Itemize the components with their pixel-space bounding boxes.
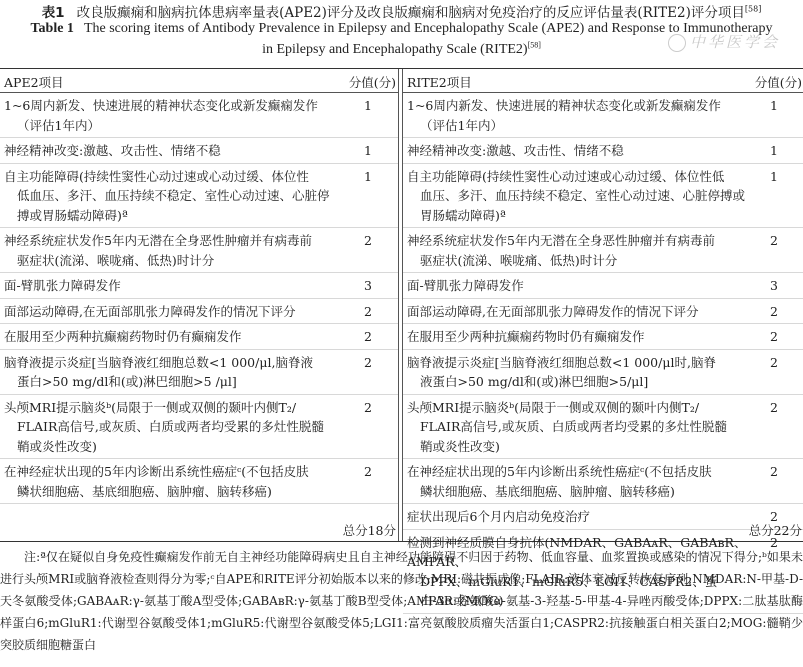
rite2-table-row: 症状出现后6个月内启动免疫治疗2 (403, 504, 803, 530)
rite2-table-row: 头颅MRI提示脑炎ᵇ(局限于一侧或双侧的颞叶内侧T₂/FLAIR高信号,或灰质、… (403, 395, 803, 460)
row-score: 2 (360, 231, 376, 251)
row-item-line1: 面-臂肌张力障碍发作 (407, 276, 747, 296)
row-item-text: 头颅MRI提示脑炎ᵇ(局限于一侧或双侧的颞叶内侧T₂/FLAIR高信号,或灰质、… (403, 398, 747, 457)
row-score: 1 (766, 96, 782, 116)
row-item-line1: 在服用至少两种抗癫痫药物时仍有癫痫发作 (407, 327, 747, 347)
row-item-text: 在服用至少两种抗癫痫药物时仍有癫痫发作 (403, 327, 747, 347)
row-item-text: 症状出现后6个月内启动免疫治疗 (403, 507, 747, 527)
row-item-line1: 神经精神改变:激越、攻击性、情绪不稳 (407, 141, 747, 161)
row-item-line1: 1~6周内新发、快速进展的精神状态变化或新发癫痫发作 (4, 96, 344, 116)
row-item-line2: （评估1年内） (4, 116, 344, 136)
row-score: 1 (360, 96, 376, 116)
row-item-text: 脑脊液提示炎症[当脑脊液红细胞总数<1 000/μl时,脑脊液蛋白>50 mg/… (403, 353, 747, 392)
rite2-table-row: 面-臂肌张力障碍发作3 (403, 273, 803, 299)
row-score: 2 (766, 302, 782, 322)
footnote-text: 注:ª仅在疑似自身免疫性癫痫发作前无自主神经功能障碍病史且自主神经功能障碍不归因… (0, 546, 803, 656)
citation-ref-en: [58] (528, 40, 541, 49)
row-score: 2 (766, 462, 782, 482)
row-item-line1: 1~6周内新发、快速进展的精神状态变化或新发癫痫发作 (407, 96, 747, 116)
row-item-line1: 神经精神改变:激越、攻击性、情绪不稳 (4, 141, 344, 161)
row-score: 2 (766, 327, 782, 347)
rite2-total: 总分22分 (749, 521, 802, 539)
row-item-text: 1~6周内新发、快速进展的精神状态变化或新发癫痫发作（评估1年内） (403, 96, 747, 135)
rite2-table-row: 神经系统症状发作5年内无潜在全身恶性肿瘤并有病毒前驱症状(流涕、喉咙痛、低热)时… (403, 228, 803, 273)
row-score: 2 (360, 398, 376, 418)
ape2-table-row: 头颅MRI提示脑炎ᵇ(局限于一侧或双侧的颞叶内侧T₂/FLAIR高信号,或灰质、… (0, 395, 398, 460)
ape2-table-row: 在服用至少两种抗癫痫药物时仍有癫痫发作2 (0, 324, 398, 350)
row-score: 2 (360, 327, 376, 347)
row-item-line3: 胃肠蠕动障碍)ª (407, 206, 747, 226)
rite2-table-row: 脑脊液提示炎症[当脑脊液红细胞总数<1 000/μl时,脑脊液蛋白>50 mg/… (403, 350, 803, 395)
citation-ref: [58] (745, 5, 761, 14)
row-score: 2 (766, 353, 782, 373)
row-item-line2: 鳞状细胞癌、基底细胞癌、脑肿瘤、脑转移癌) (4, 482, 344, 502)
ape2-table-row: 自主功能障碍(持续性窦性心动过速或心动过缓、体位性低血压、多汗、血压持续不稳定、… (0, 164, 398, 229)
row-item-line1: 面部运动障碍,在无面部肌张力障碍发作的情况下评分 (407, 302, 747, 322)
ape2-header: APE2项目 分值(分) (0, 69, 398, 93)
rite2-table-row: 1~6周内新发、快速进展的精神状态变化或新发癫痫发作（评估1年内）1 (403, 93, 803, 138)
row-item-line2: （评估1年内） (407, 116, 747, 136)
ape2-header-item: APE2项目 (4, 73, 64, 91)
ape2-total: 总分18分 (343, 521, 396, 539)
row-item-line1: 头颅MRI提示脑炎ᵇ(局限于一侧或双侧的颞叶内侧T₂/ (407, 398, 747, 418)
watermark-text: 中华医学会 (690, 33, 780, 51)
row-score: 3 (360, 276, 376, 296)
row-item-text: 在神经症状出现的5年内诊断出系统性癌症ᶜ(不包括皮肤鳞状细胞癌、基底细胞癌、脑肿… (403, 462, 747, 501)
row-item-text: 自主功能障碍(持续性窦性心动过速或心动过缓、体位性低血压、多汗、血压持续不稳定、… (403, 167, 747, 226)
row-score: 2 (360, 353, 376, 373)
row-score: 2 (360, 302, 376, 322)
row-item-line2: 驱症状(流涕、喉咙痛、低热)时计分 (407, 251, 747, 271)
row-score: 2 (360, 462, 376, 482)
rite2-header-score: 分值(分) (755, 73, 802, 91)
rite2-header: RITE2项目 分值(分) (403, 69, 803, 93)
watermark-logo-icon (668, 34, 686, 52)
row-item-line2: 液蛋白>50 mg/dl和(或)淋巴细胞>5/μl] (407, 372, 747, 392)
ape2-table-row: 面部运动障碍,在无面部肌张力障碍发作的情况下评分2 (0, 299, 398, 325)
row-item-text: 面-臂肌张力障碍发作 (403, 276, 747, 296)
rite2-header-item: RITE2项目 (407, 73, 472, 91)
row-score: 2 (766, 398, 782, 418)
row-item-line3: 鞘或炎性改变) (407, 437, 747, 457)
row-item-line1: 症状出现后6个月内启动免疫治疗 (407, 507, 747, 527)
row-item-text: 神经精神改变:激越、攻击性、情绪不稳 (403, 141, 747, 161)
rite2-table-row: 面部运动障碍,在无面部肌张力障碍发作的情况下评分2 (403, 299, 803, 325)
row-item-text: 神经系统症状发作5年内无潜在全身恶性肿瘤并有病毒前驱症状(流涕、喉咙痛、低热)时… (403, 231, 747, 270)
row-item-text: 面-臂肌张力障碍发作 (0, 276, 344, 296)
ape2-table-row: 在神经症状出现的5年内诊断出系统性癌症ᶜ(不包括皮肤鳞状细胞癌、基底细胞癌、脑肿… (0, 459, 398, 504)
row-item-line2: 驱症状(流涕、喉咙痛、低热)时计分 (4, 251, 344, 271)
ape2-column: APE2项目 分值(分) 1~6周内新发、快速进展的精神状态变化或新发癫痫发作（… (0, 69, 399, 541)
caption-chinese: 表1改良版癫痫和脑病抗体患病率量表(APE2)评分及改良版癫痫和脑病对免疫治疗的… (0, 1, 803, 21)
ape2-header-score: 分值(分) (349, 73, 396, 91)
caption-title-cn: 改良版癫痫和脑病抗体患病率量表(APE2)评分及改良版癫痫和脑病对免疫治疗的反应… (77, 5, 745, 21)
rite2-table-row: 自主功能障碍(持续性窦性心动过速或心动过缓、体位性低血压、多汗、血压持续不稳定、… (403, 164, 803, 229)
row-item-text: 头颅MRI提示脑炎ᵇ(局限于一侧或双侧的颞叶内侧T₂/FLAIR高信号,或灰质、… (0, 398, 344, 457)
row-item-line1: 自主功能障碍(持续性窦性心动过速或心动过缓、体位性 (4, 167, 344, 187)
row-item-text: 自主功能障碍(持续性窦性心动过速或心动过缓、体位性低血压、多汗、血压持续不稳定、… (0, 167, 344, 226)
row-item-line1: 脑脊液提示炎症[当脑脊液红细胞总数<1 000/μl,脑脊液 (4, 353, 344, 373)
row-score: 1 (360, 141, 376, 161)
row-item-text: 面部运动障碍,在无面部肌张力障碍发作的情况下评分 (0, 302, 344, 322)
row-item-line2: FLAIR高信号,或灰质、白质或两者均受累的多灶性脱髓 (4, 417, 344, 437)
row-item-text: 在神经症状出现的5年内诊断出系统性癌症ᶜ(不包括皮肤鳞状细胞癌、基底细胞癌、脑肿… (0, 462, 344, 501)
ape2-rows: 1~6周内新发、快速进展的精神状态变化或新发癫痫发作（评估1年内）1神经精神改变… (0, 93, 398, 504)
rite2-table-row: 在服用至少两种抗癫痫药物时仍有癫痫发作2 (403, 324, 803, 350)
row-item-line1: 在神经症状出现的5年内诊断出系统性癌症ᶜ(不包括皮肤 (407, 462, 747, 482)
table-footnote: 注:ª仅在疑似自身免疫性癫痫发作前无自主神经功能障碍病史且自主神经功能障碍不归因… (0, 546, 803, 656)
row-item-line1: 在服用至少两种抗癫痫药物时仍有癫痫发作 (4, 327, 344, 347)
ape2-table-row: 神经系统症状发作5年内无潜在全身恶性肿瘤并有病毒前驱症状(流涕、喉咙痛、低热)时… (0, 228, 398, 273)
rite2-column: RITE2项目 分值(分) 1~6周内新发、快速进展的精神状态变化或新发癫痫发作… (402, 69, 803, 541)
ape2-table-row: 神经精神改变:激越、攻击性、情绪不稳1 (0, 138, 398, 164)
table-label-cn: 表1 (42, 5, 65, 21)
row-item-text: 神经精神改变:激越、攻击性、情绪不稳 (0, 141, 344, 161)
row-item-line2: FLAIR高信号,或灰质、白质或两者均受累的多灶性脱髓 (407, 417, 747, 437)
row-item-line1: 神经系统症状发作5年内无潜在全身恶性肿瘤并有病毒前 (407, 231, 747, 251)
row-item-line1: 头颅MRI提示脑炎ᵇ(局限于一侧或双侧的颞叶内侧T₂/ (4, 398, 344, 418)
row-item-line1: 神经系统症状发作5年内无潜在全身恶性肿瘤并有病毒前 (4, 231, 344, 251)
row-item-text: 神经系统症状发作5年内无潜在全身恶性肿瘤并有病毒前驱症状(流涕、喉咙痛、低热)时… (0, 231, 344, 270)
ape2-table-row: 面-臂肌张力障碍发作3 (0, 273, 398, 299)
row-item-text: 脑脊液提示炎症[当脑脊液红细胞总数<1 000/μl,脑脊液蛋白>50 mg/d… (0, 353, 344, 392)
row-item-text: 1~6周内新发、快速进展的精神状态变化或新发癫痫发作（评估1年内） (0, 96, 344, 135)
row-item-line2: 鳞状细胞癌、基底细胞癌、脑肿瘤、脑转移癌) (407, 482, 747, 502)
row-item-line3: 鞘或炎性改变) (4, 437, 344, 457)
row-item-line1: 面-臂肌张力障碍发作 (4, 276, 344, 296)
scoring-table: APE2项目 分值(分) 1~6周内新发、快速进展的精神状态变化或新发癫痫发作（… (0, 68, 803, 542)
row-score: 3 (766, 276, 782, 296)
row-score: 1 (360, 167, 376, 187)
row-item-line2: 血压、多汗、血压持续不稳定、室性心动过速、心脏停搏或 (407, 186, 747, 206)
row-item-text: 面部运动障碍,在无面部肌张力障碍发作的情况下评分 (403, 302, 747, 322)
row-item-line1: 脑脊液提示炎症[当脑脊液红细胞总数<1 000/μl时,脑脊 (407, 353, 747, 373)
rite2-table-row: 神经精神改变:激越、攻击性、情绪不稳1 (403, 138, 803, 164)
caption-title-en-2: in Epilepsy and Encephalopathy Scale (RI… (262, 42, 528, 57)
rite2-rows: 1~6周内新发、快速进展的精神状态变化或新发癫痫发作（评估1年内）1神经精神改变… (403, 93, 803, 614)
row-score: 1 (766, 167, 782, 187)
ape2-table-row: 脑脊液提示炎症[当脑脊液红细胞总数<1 000/μl,脑脊液蛋白>50 mg/d… (0, 350, 398, 395)
row-item-text: 在服用至少两种抗癫痫药物时仍有癫痫发作 (0, 327, 344, 347)
ape2-table-row: 1~6周内新发、快速进展的精神状态变化或新发癫痫发作（评估1年内）1 (0, 93, 398, 138)
watermark: 中华医学会 (668, 31, 780, 52)
row-score: 2 (766, 231, 782, 251)
row-item-line2: 低血压、多汗、血压持续不稳定、室性心动过速、心脏停 (4, 186, 344, 206)
table-label-en: Table 1 (30, 21, 73, 36)
row-item-line3: 搏或胃肠蠕动障碍)ª (4, 206, 344, 226)
row-score: 1 (766, 141, 782, 161)
rite2-table-row: 在神经症状出现的5年内诊断出系统性癌症ᶜ(不包括皮肤鳞状细胞癌、基底细胞癌、脑肿… (403, 459, 803, 504)
row-item-line1: 在神经症状出现的5年内诊断出系统性癌症ᶜ(不包括皮肤 (4, 462, 344, 482)
row-item-line2: 蛋白>50 mg/dl和(或)淋巴细胞>5 /μl] (4, 372, 344, 392)
row-item-line1: 面部运动障碍,在无面部肌张力障碍发作的情况下评分 (4, 302, 344, 322)
row-item-line1: 自主功能障碍(持续性窦性心动过速或心动过缓、体位性低 (407, 167, 747, 187)
